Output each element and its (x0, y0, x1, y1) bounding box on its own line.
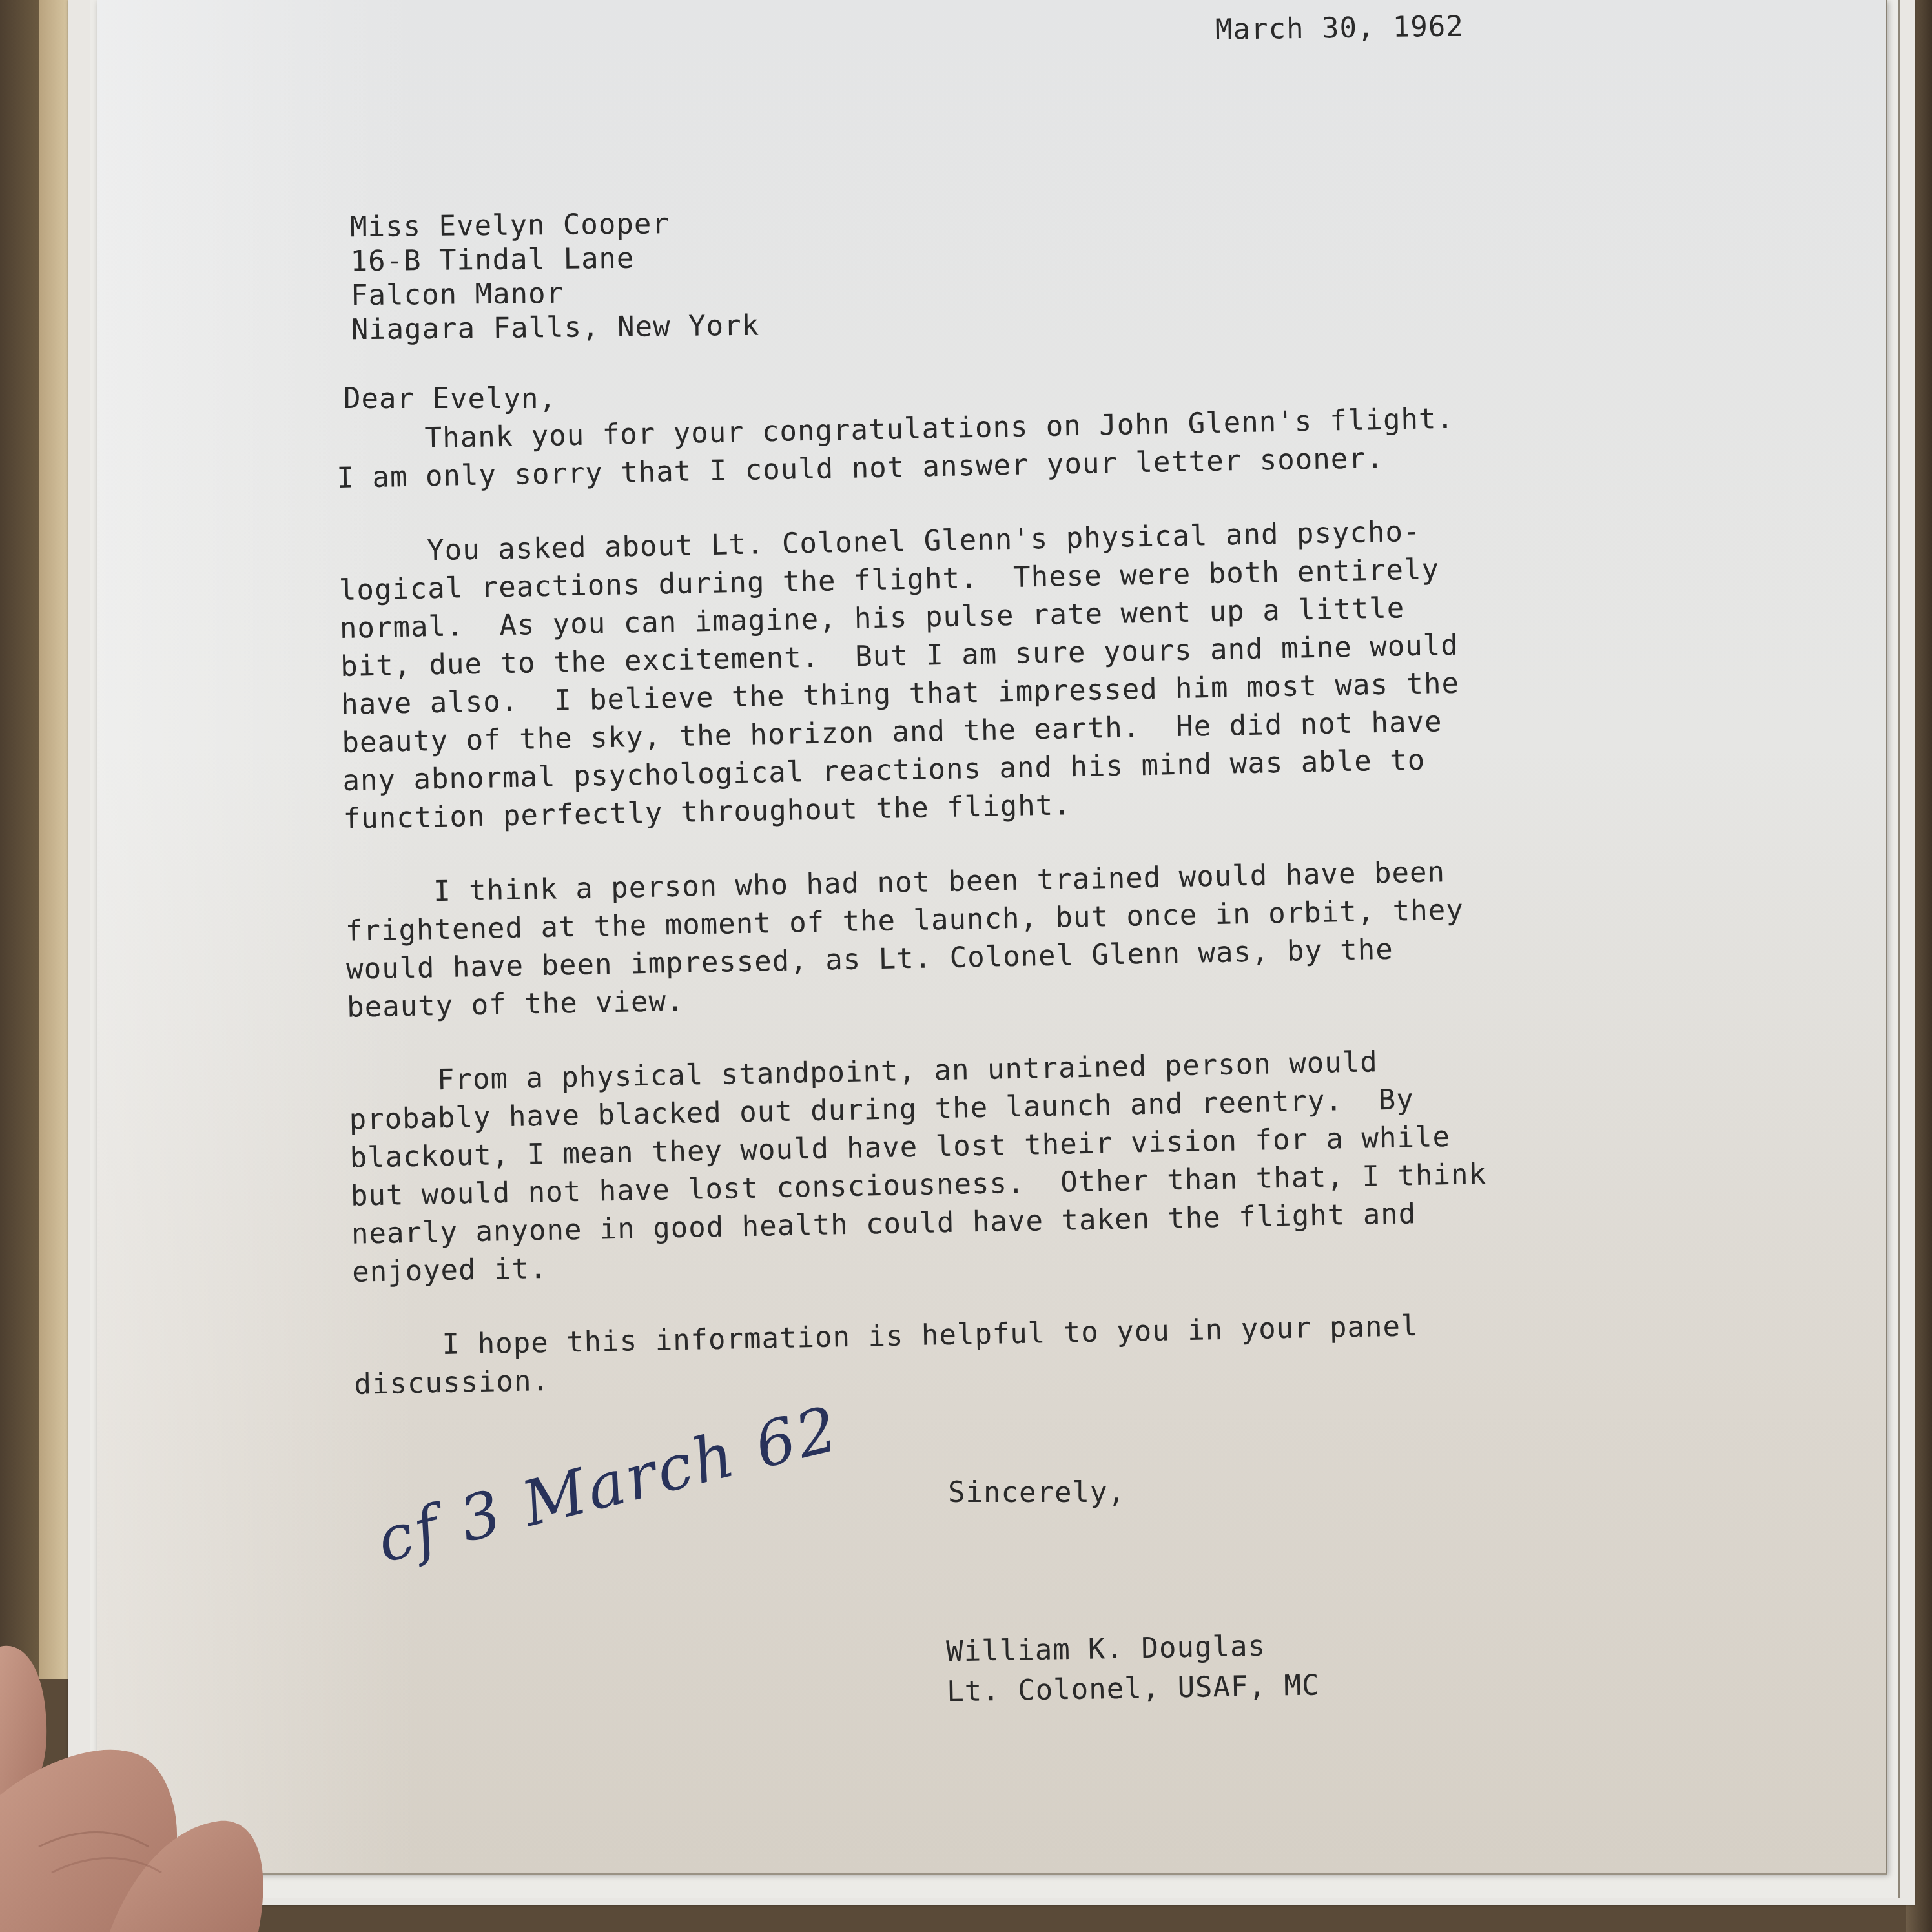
body-line: beauty of the view. (347, 987, 684, 1022)
address-line: Niagara Falls, New York (351, 312, 760, 345)
signer-title: Lt. Colonel, USAF, MC (947, 1671, 1320, 1706)
signer-name: William K. Douglas (946, 1632, 1266, 1667)
address-line: 16-B Tindal Lane (350, 245, 634, 276)
body-line: discussion. (354, 1367, 550, 1399)
address-line: Falcon Manor (351, 280, 564, 310)
closing: Sincerely, (948, 1479, 1125, 1507)
background-desk-left (0, 0, 39, 1679)
letter-date: March 30, 1962 (1215, 12, 1464, 44)
address-line: Miss Evelyn Cooper (350, 210, 670, 241)
signature-block: William K. Douglas Lt. Colonel, USAF, MC (946, 1638, 983, 1723)
background-folder-edge (39, 0, 71, 1679)
recipient-address: Miss Evelyn Cooper 16-B Tindal Lane Falc… (350, 213, 387, 356)
body-line: enjoyed it. (352, 1255, 548, 1287)
hand-fingers (0, 1634, 452, 1932)
salutation: Dear Evelyn, (344, 385, 557, 413)
